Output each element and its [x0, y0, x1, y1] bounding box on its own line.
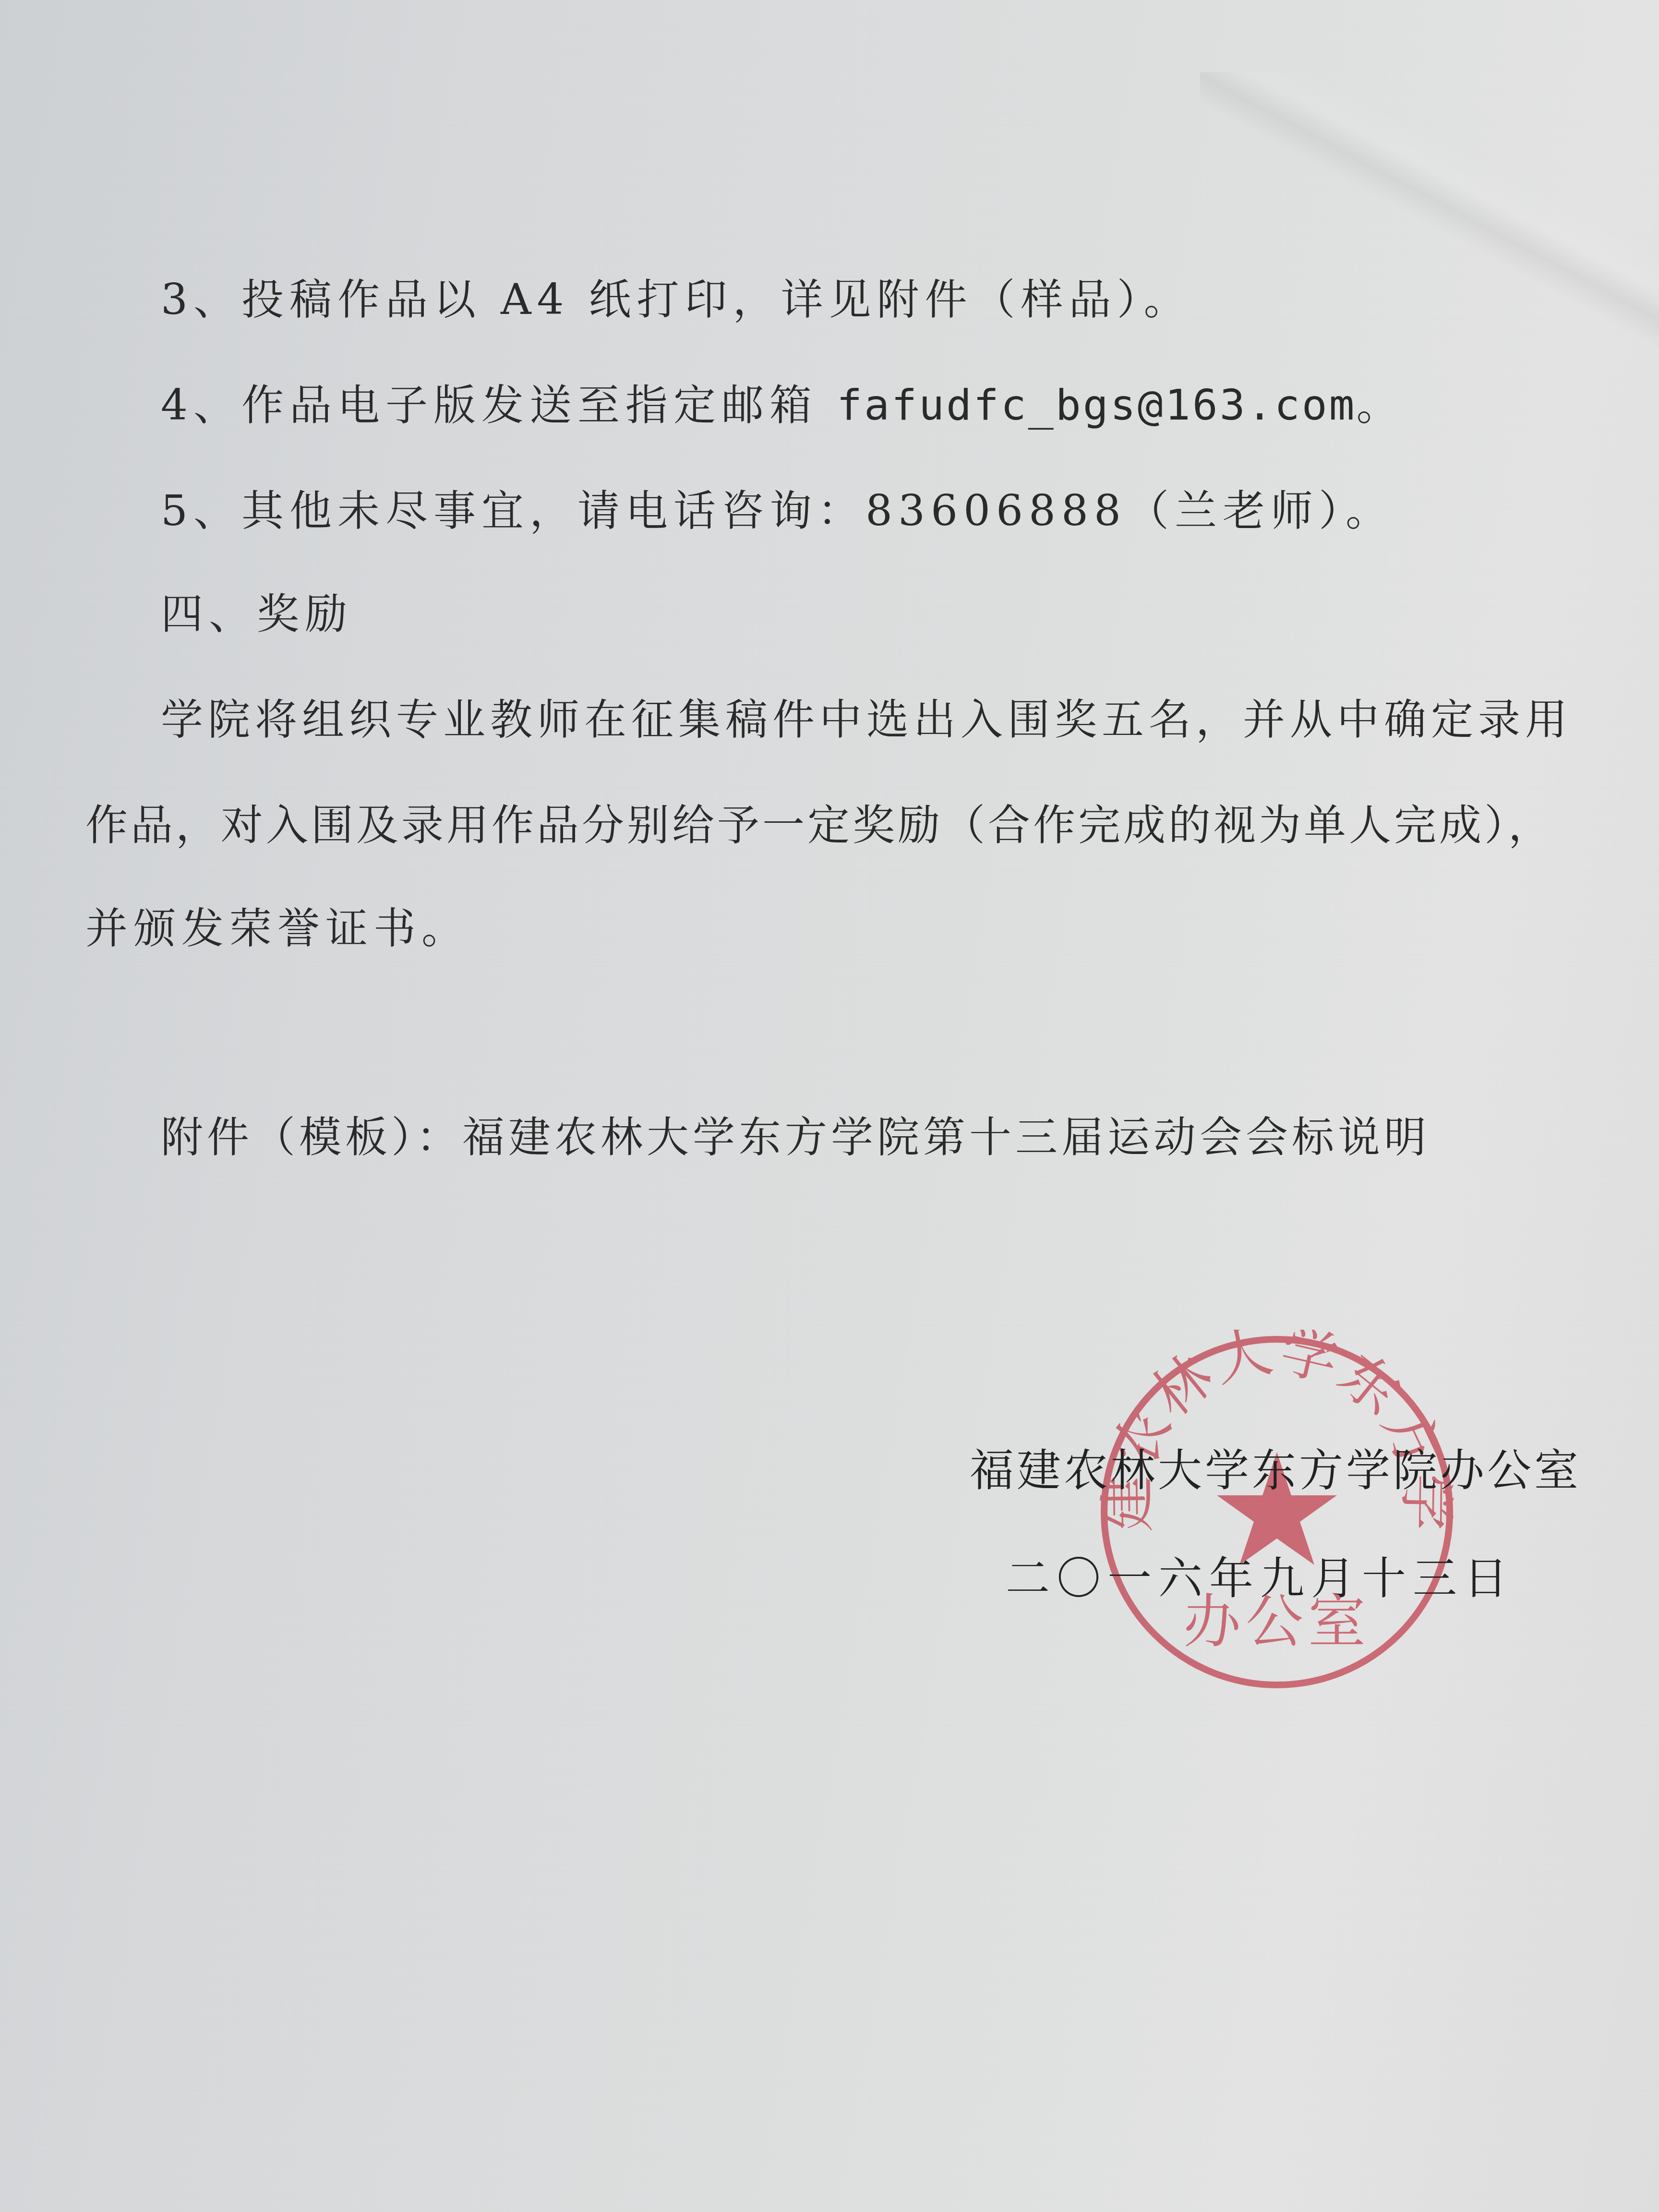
list-item-5: 5、其他未尽事宜，请电话咨询：83606888（兰老师）。	[161, 490, 1394, 532]
official-seal: 福建农林大学东方学院 办公室	[1094, 1330, 1459, 1695]
reward-paragraph-line-2: 作品，对入围及录用作品分别给予一定奖励（合作完成的视为单人完成），	[85, 804, 1553, 846]
attachment-note: 附件（模板）：福建农林大学东方学院第十三届运动会会标说明	[161, 1116, 1430, 1158]
email-address: fafudfc_bgs@163.com	[837, 380, 1357, 430]
list-item-4: 4、作品电子版发送至指定邮箱 fafudfc_bgs@163.com。	[161, 384, 1405, 426]
punctuation: 。	[1357, 380, 1405, 430]
contact-person: （兰老师）。	[1127, 486, 1394, 535]
issue-date: 二〇一六年九月十三日	[1006, 1543, 1515, 1607]
reward-paragraph-line-1: 学院将组织专业教师在征集稿件中选出入围奖五名，并从中确定录用	[161, 698, 1572, 741]
issuer-name: 福建农林大学东方学院办公室	[970, 1435, 1581, 1499]
list-item-text: 4、作品电子版发送至指定邮箱	[161, 380, 837, 430]
list-item-3: 3、投稿作品以 A4 纸打印，详见附件（样品）。	[161, 278, 1191, 321]
list-item-text: 5、其他未尽事宜，请电话咨询：	[161, 486, 866, 535]
phone-number: 83606888	[866, 486, 1127, 535]
document-page: 3、投稿作品以 A4 纸打印，详见附件（样品）。 4、作品电子版发送至指定邮箱 …	[0, 0, 1659, 2212]
section-heading: 四、奖励	[161, 593, 353, 635]
list-item-text: 3、投稿作品以 A4 纸打印，详见附件（样品）。	[161, 275, 1191, 324]
reward-paragraph-line-3: 并颁发荣誉证书。	[85, 907, 469, 950]
